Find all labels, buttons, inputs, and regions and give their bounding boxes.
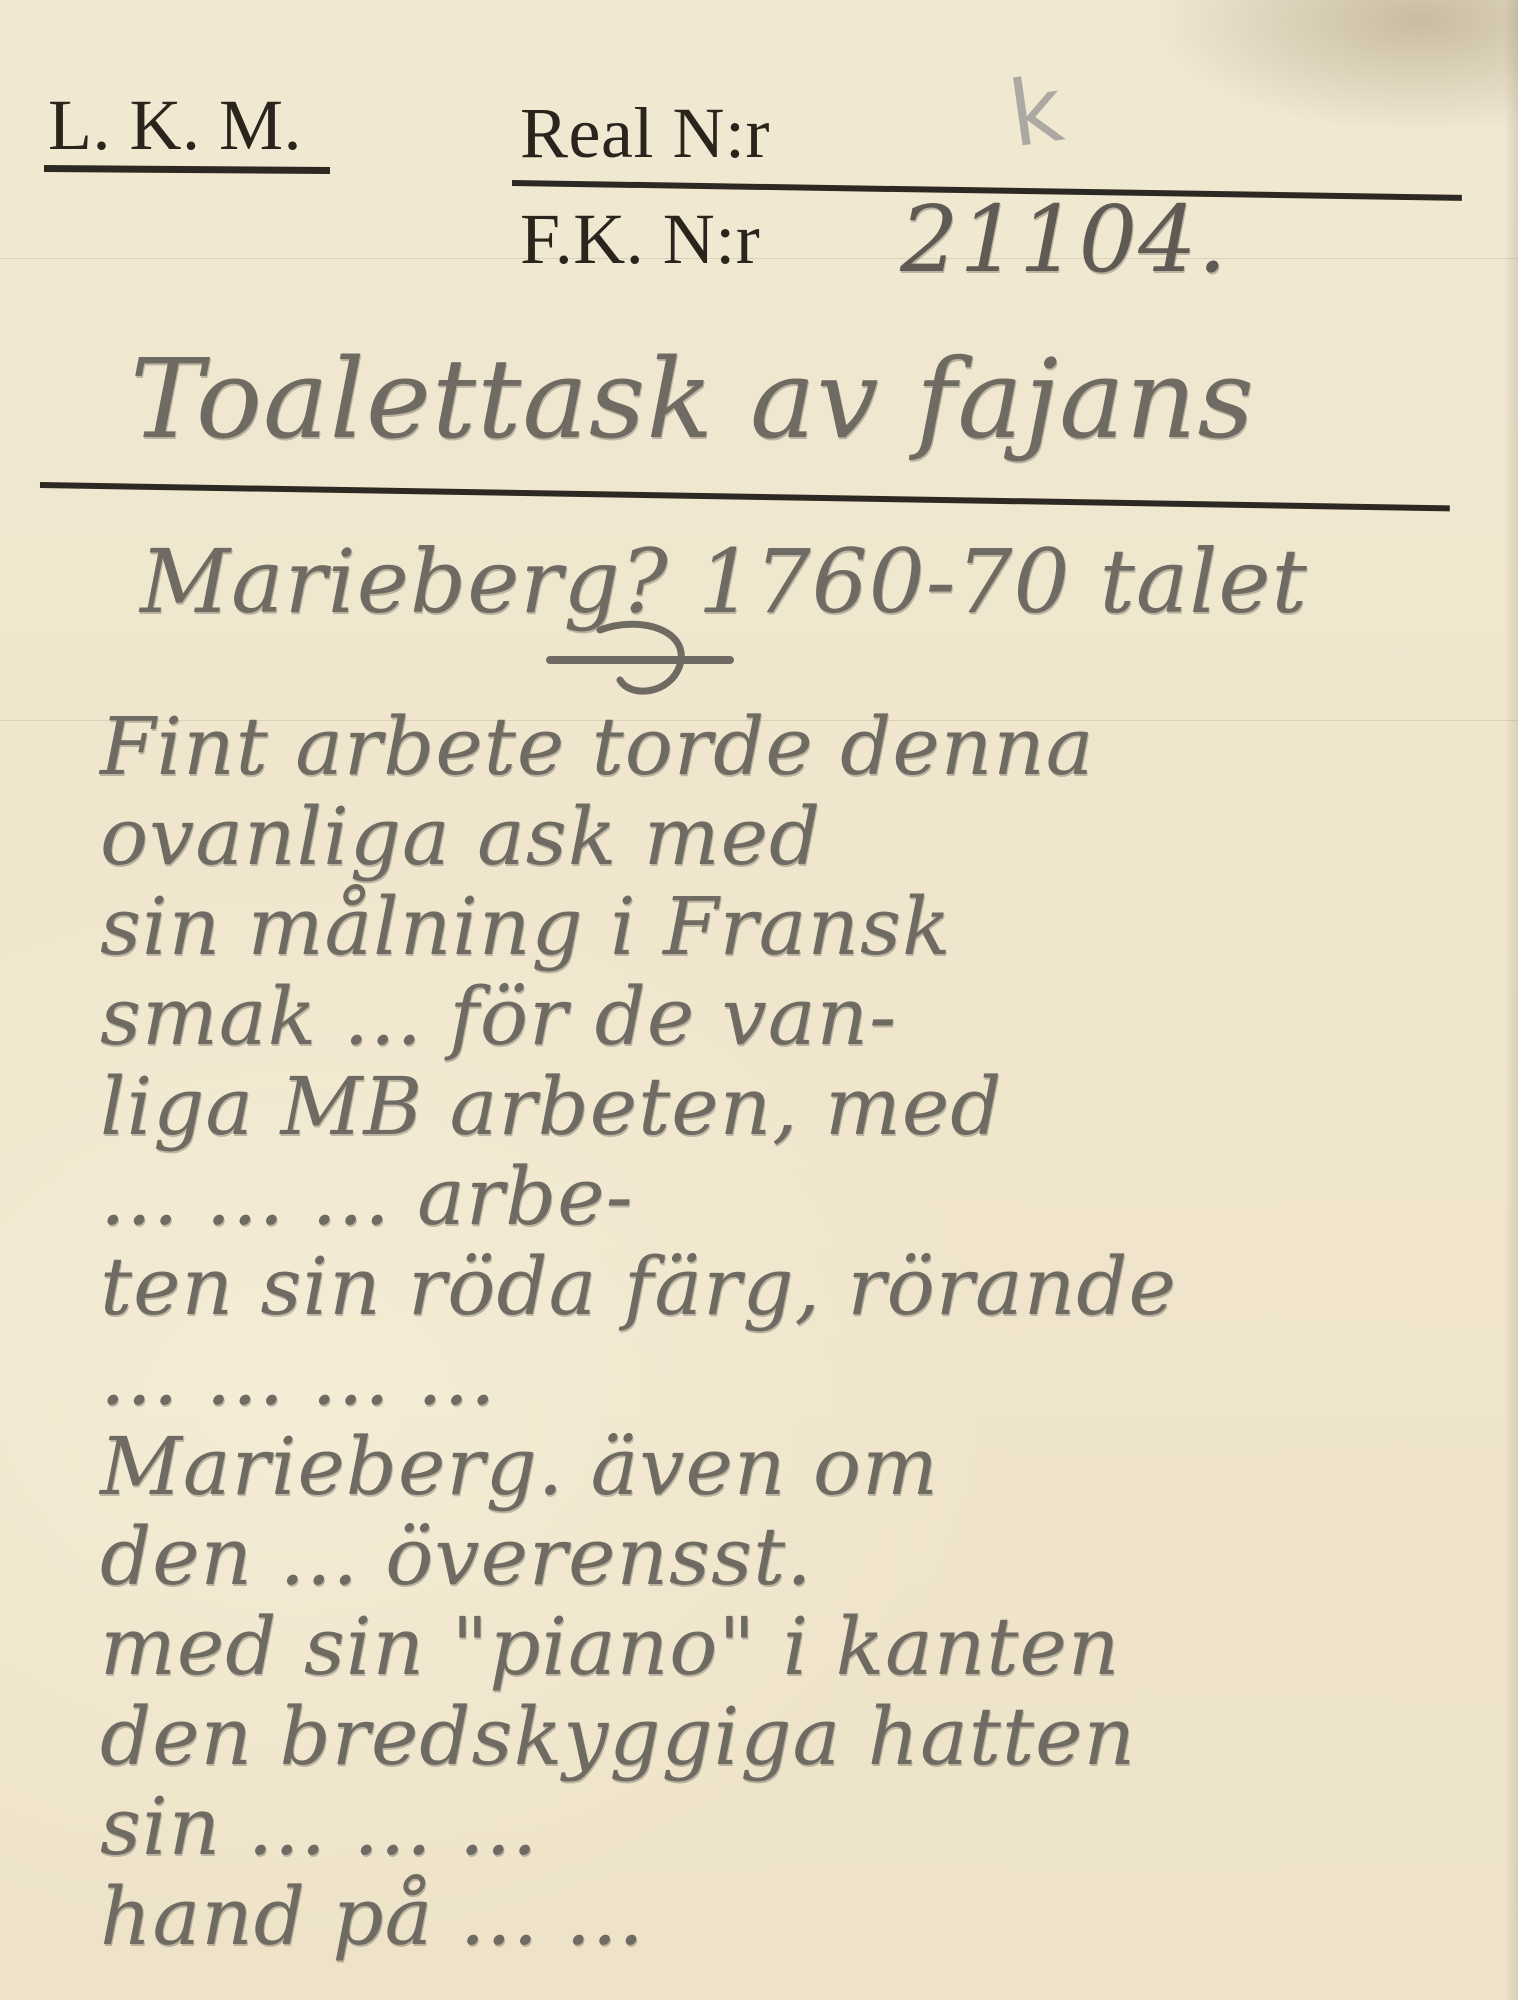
paper-edge-shadow (1504, 0, 1518, 2000)
description-line: sin målning i Fransk (100, 880, 952, 973)
description-line: sin ... ... ... (100, 1780, 538, 1873)
description-line: Fint arbete torde denna (100, 700, 1094, 793)
real-number-label: Real N:r (520, 92, 770, 175)
fk-number-value: 21104. (900, 186, 1228, 293)
description-line: ... ... ... ... (100, 1330, 496, 1423)
institution-underline (44, 165, 330, 174)
description-line: Marieberg. även om (100, 1420, 939, 1513)
description-line: den ... överensst. (100, 1510, 813, 1603)
description-line: liga MB arbeten, med (100, 1060, 1002, 1153)
description-line: ... ... ... arbe- (100, 1150, 634, 1243)
flourish-ornament (540, 610, 740, 700)
title-divider (40, 482, 1450, 511)
fk-number-label: F.K. N:r (520, 198, 760, 281)
institution-label: L. K. M. (48, 84, 302, 167)
description-line: ovanliga ask med (100, 790, 821, 883)
description-line: smak ... för de van- (100, 970, 897, 1063)
real-number-pencil-mark: k (1003, 57, 1069, 168)
description-line: hand på ... ... (100, 1870, 645, 1963)
catalogue-card: L. K. M. Real N:r k F.K. N:r 21104. Toal… (0, 0, 1518, 2000)
object-title: Toalettask av fajans (130, 335, 1255, 463)
description-line: den bredskyggiga hatten (100, 1690, 1136, 1783)
description-line: ten sin röda färg, rörande (100, 1240, 1177, 1333)
description-line: med sin "piano" i kanten (100, 1600, 1120, 1693)
